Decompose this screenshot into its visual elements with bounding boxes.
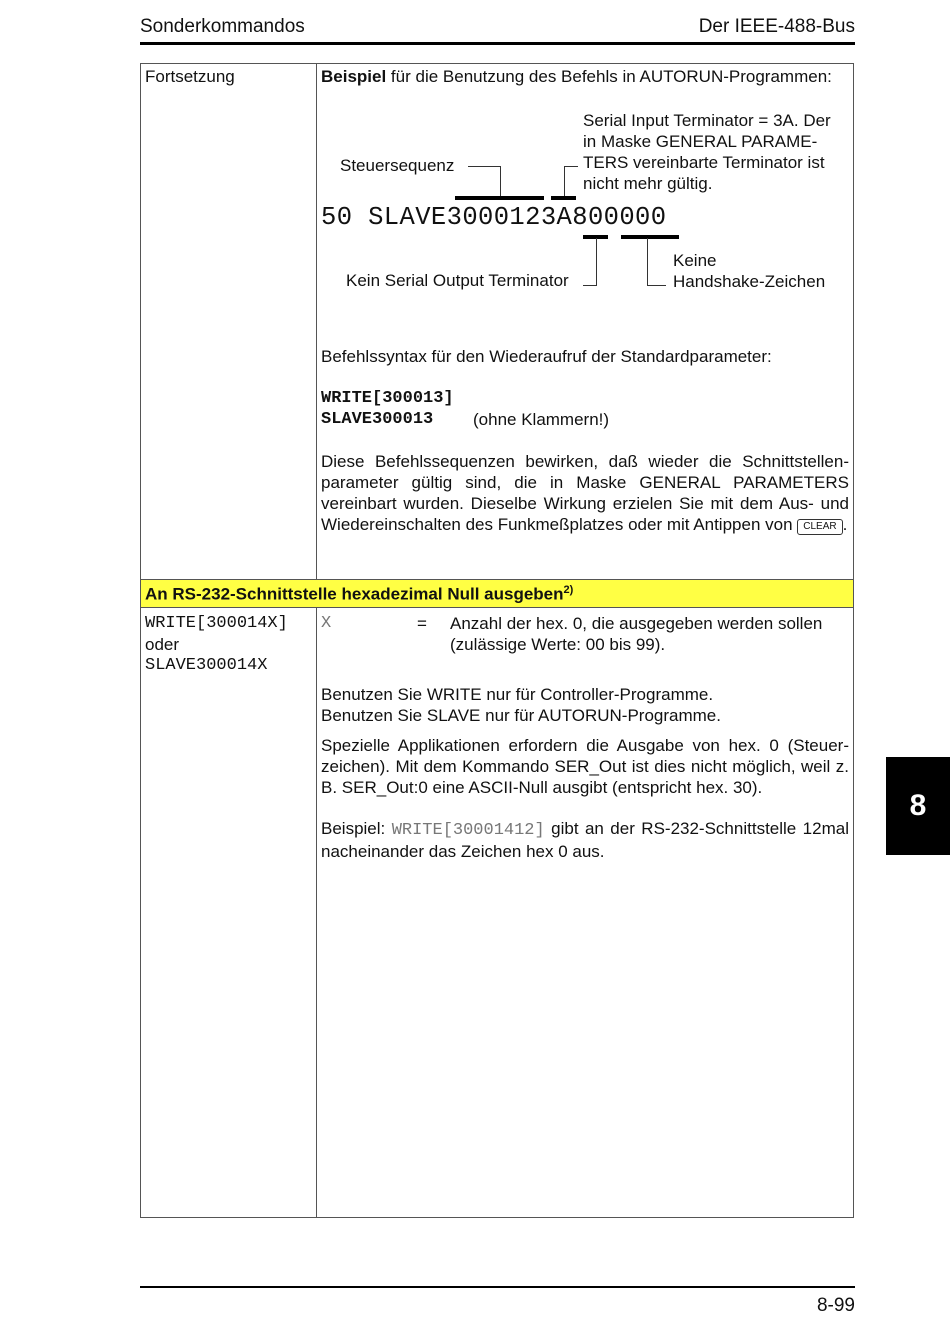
param-equals: = [417, 613, 427, 634]
example-label: Beispiel: [321, 819, 385, 838]
restore-paragraph: Diese Befehlssequenzen bewirken, daß wie… [321, 451, 849, 535]
leader-line [564, 166, 578, 167]
param-name: X [321, 613, 331, 634]
special-paragraph: Spezielle Applikationen erfordern die Au… [321, 735, 849, 798]
underline-bar [621, 235, 679, 239]
example-command-code: 50 SLAVE3000123A800000 [321, 203, 666, 232]
syntax-write: WRITE[300013] [321, 388, 454, 409]
column-divider [316, 63, 317, 579]
callout-serial-output: Kein Serial Output Terminator [346, 270, 569, 291]
usage-slave: Benutzen Sie SLAVE nur für AUTORUN-Progr… [321, 705, 721, 726]
callout-handshake-2: Handshake-Zeichen [673, 271, 825, 292]
leader-line [596, 238, 597, 286]
syntax-slave: SLAVE300013 [321, 409, 433, 430]
cmd-write: WRITE[300014X] [145, 613, 288, 634]
chapter-tab-marker: 8 [886, 757, 950, 855]
footnote-marker: 2) [564, 584, 574, 596]
restore-text: Diese Befehlssequenzen bewirken, daß wie… [321, 452, 849, 534]
leader-line [647, 285, 666, 286]
example-intro-text: für die Benutzung des Befehls in AUTORUN… [386, 67, 832, 86]
callout-handshake-1: Keine [673, 250, 716, 271]
header-rule [140, 42, 855, 45]
syntax-heading: Befehlssyntax für den Wiederaufruf der S… [321, 346, 772, 367]
leader-line [583, 285, 597, 286]
clear-key: CLEAR [797, 519, 842, 535]
example-code: WRITE[30001412] [392, 821, 545, 840]
page-header-right: Der IEEE-488-Bus [699, 16, 855, 38]
section-heading-band: An RS-232-Schnittstelle hexadezimal Null… [141, 579, 853, 608]
page-header-left: Sonderkommandos [140, 16, 305, 38]
restore-suffix: . [843, 515, 848, 534]
callout-serial-input-2: in Maske GENERAL PARAME- [583, 131, 817, 152]
callout-steuersequenz: Steuersequenz [340, 155, 454, 176]
example-paragraph: Beispiel: WRITE[30001412] gibt an der RS… [321, 818, 849, 862]
leader-line [468, 166, 501, 167]
section-heading: An RS-232-Schnittstelle hexadezimal Null… [145, 584, 573, 605]
param-desc-1: Anzahl der hex. 0, die ausgegeben werden… [450, 613, 822, 634]
column-divider [316, 608, 317, 1218]
leader-line [500, 166, 501, 197]
leader-line [564, 166, 565, 197]
callout-serial-input-3: TERS vereinbarte Terminator ist [583, 152, 825, 173]
usage-write: Benutzen Sie WRITE nur für Controller-Pr… [321, 684, 713, 705]
example-intro-bold: Beispiel [321, 67, 386, 86]
syntax-note: (ohne Klammern!) [473, 409, 609, 430]
underline-bar [551, 196, 576, 200]
cmd-slave: SLAVE300014X [145, 655, 267, 676]
underline-bar [455, 196, 544, 200]
callout-serial-input-4: nicht mehr gültig. [583, 173, 712, 194]
example-intro: Beispiel für die Benutzung des Befehls i… [321, 66, 832, 87]
param-desc-2: (zulässige Werte: 00 bis 99). [450, 634, 665, 655]
row-label-continuation: Fortsetzung [145, 66, 235, 87]
page-number: 8-99 [817, 1295, 855, 1317]
footer-rule [140, 1286, 855, 1288]
cmd-or: oder [145, 634, 179, 655]
callout-serial-input-1: Serial Input Terminator = 3A. Der [583, 110, 831, 131]
leader-line [647, 238, 648, 285]
